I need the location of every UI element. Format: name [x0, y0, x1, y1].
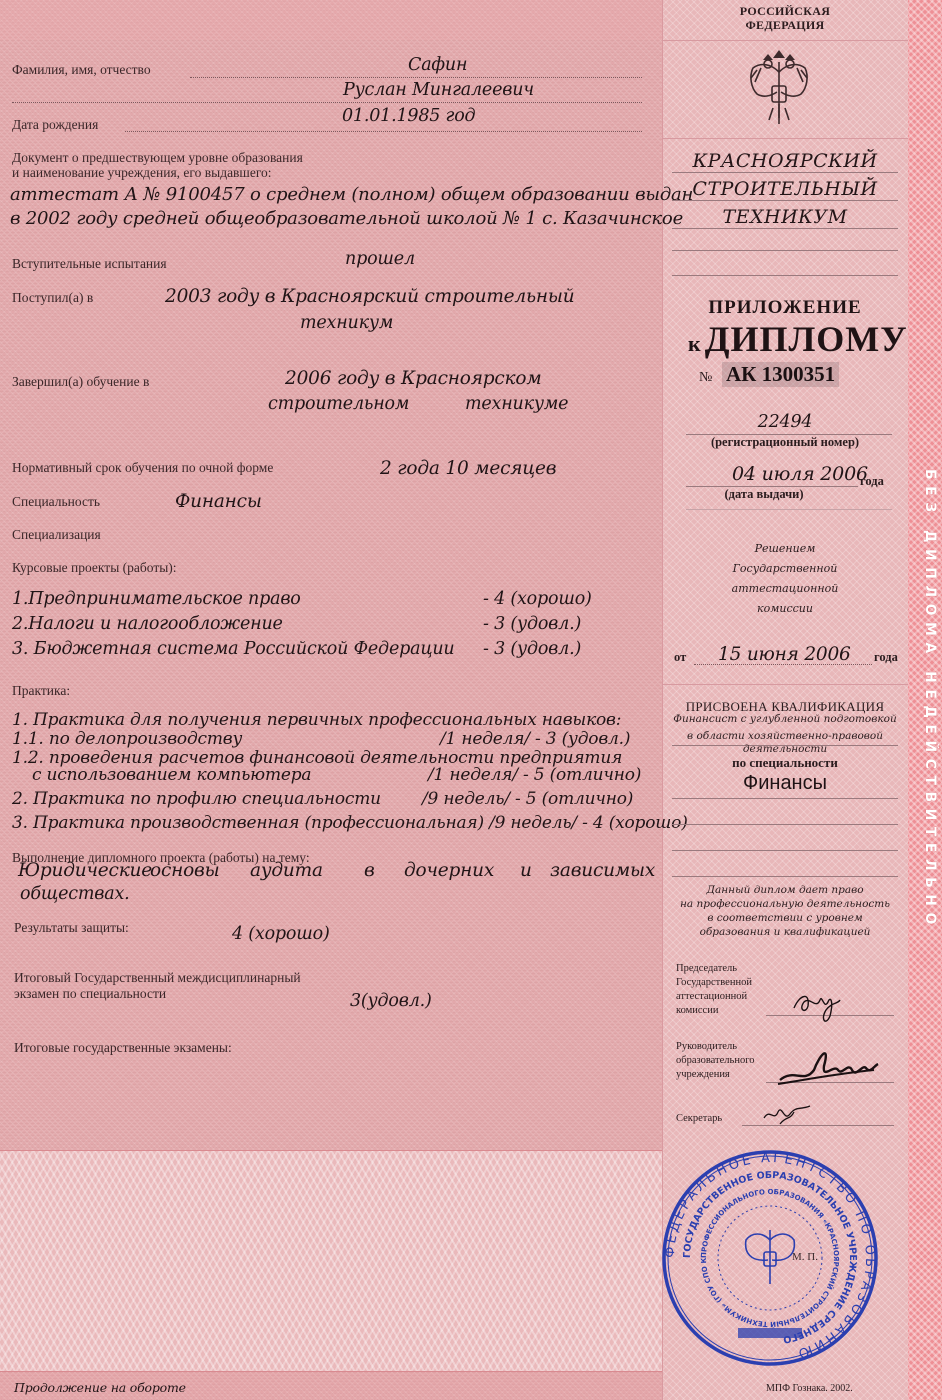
course-project-name: 3. Бюджетная система Российской Федераци…: [12, 639, 455, 659]
practice-grade: /1 неделя/ - 3 (удовл.): [440, 729, 630, 749]
blank-area: [0, 1151, 662, 1372]
practice-grade: /9 недель/ - 5 (отлично): [422, 789, 633, 809]
fio-line-1: [190, 77, 642, 78]
appendix-k: к: [688, 331, 701, 356]
chairman-label-1: Председатель: [676, 962, 752, 976]
decision-line-1: Решением: [662, 542, 908, 555]
head-label: Руководитель образовательного учреждения: [676, 1040, 755, 1082]
header-divider: [662, 40, 908, 41]
rights-line-1: Данный диплом дает право: [662, 884, 908, 896]
prev-edu-value-1: аттестат А № 9100457 о среднем (полном) …: [10, 184, 693, 205]
name-value: Руслан Мингалеевич: [343, 80, 534, 100]
thesis-word: и: [520, 860, 532, 881]
completed-value-2a: строительном: [268, 394, 409, 414]
practice-line: с использованием компьютера: [32, 765, 311, 785]
from-word: от: [674, 650, 686, 665]
institution-rule-3: [672, 228, 898, 229]
qualification-line-2: в области хозяйственно-правовой: [662, 730, 908, 742]
thesis-word: в: [364, 860, 375, 881]
birth-date-value: 01.01.1985 год: [342, 106, 475, 126]
birth-line: [125, 131, 642, 132]
head-label-2: образовательного: [676, 1054, 755, 1068]
birth-label: Дата рождения: [12, 117, 98, 133]
fio-label: Фамилия, имя, отчество: [12, 62, 151, 78]
defense-label: Результаты защиты:: [14, 920, 129, 936]
interdisciplinary-label-1: Итоговый Государственный междисциплинарн…: [14, 970, 301, 986]
enrolled-value-2: техникум: [300, 313, 393, 333]
thesis-title-line-2: обществах.: [20, 884, 130, 904]
specialty-value: Финансы: [175, 491, 262, 512]
practice-line: 1. Практика для получения первичных проф…: [12, 710, 621, 730]
course-project-grade: - 3 (удовл.): [483, 614, 581, 634]
top-band: [0, 0, 662, 40]
chairman-label-2: Государственной: [676, 976, 752, 990]
specialization-label: Специализация: [12, 527, 101, 543]
interdisciplinary-label-2: экзамен по специальности: [14, 986, 166, 1002]
decision-date-value: 15 июня 2006: [718, 644, 851, 665]
secretary-signature: [760, 1100, 816, 1130]
stamp-mp-label: М. П.: [792, 1251, 818, 1263]
reg-number-caption: (регистрационный номер): [662, 435, 908, 450]
specialty-value-right: Финансы: [662, 772, 908, 795]
term-value: 2 года 10 месяцев: [380, 458, 556, 479]
rights-line-3: в соответствии с уровнем: [662, 912, 908, 924]
institution-rule-4: [672, 250, 898, 251]
qualification-line-1: Финансист с углубленной подготовкой: [662, 713, 908, 725]
chairman-label: Председатель Государственной аттестацион…: [676, 962, 752, 1018]
issue-date-caption: (дата выдачи): [662, 487, 866, 502]
completed-value-1: 2006 году в Красноярском: [285, 368, 542, 389]
thesis-word: аудита: [250, 860, 323, 881]
practice-line: 3. Практика производственная (профессион…: [12, 813, 688, 833]
head-label-3: учреждения: [676, 1068, 755, 1082]
entrance-label: Вступительные испытания: [12, 256, 167, 272]
prev-edu-value-2: в 2002 году средней общеобразовательной …: [10, 208, 683, 229]
head-signature: [774, 1040, 884, 1092]
appendix-to-diploma: к ДИПЛОМУ: [688, 318, 908, 360]
institution-line-3: ТЕХНИКУМ: [662, 206, 908, 228]
chairman-label-4: комиссии: [676, 1004, 752, 1018]
practice-grade: /1 неделя/ - 5 (отлично): [428, 765, 641, 785]
qualification-line-3: деятельности: [662, 743, 908, 755]
thesis-word: дочерних: [404, 860, 494, 881]
thesis-word: зависимых: [550, 860, 655, 881]
practice-label: Практика:: [12, 683, 70, 699]
entrance-value: прошел: [345, 249, 415, 269]
course-project-grade: - 4 (хорошо): [483, 589, 592, 609]
term-label: Нормативный срок обучения по очной форме: [12, 460, 273, 476]
enrolled-label: Поступил(а) в: [12, 290, 93, 306]
enrolled-value-1: 2003 году в Красноярский строительный: [165, 286, 574, 307]
decision-line-2: Государственной: [662, 562, 908, 575]
issue-date-value: 04 июля 2006: [732, 463, 868, 485]
secretary-label: Секретарь: [676, 1113, 722, 1124]
completed-value-2b: техникуме: [465, 394, 568, 414]
course-projects-label: Курсовые проекты (работы):: [12, 560, 177, 576]
institution-rule-1: [672, 172, 898, 173]
country-line-2: ФЕДЕРАЦИЯ: [662, 18, 908, 33]
qualification-divider: [662, 684, 908, 685]
appendix-title: ПРИЛОЖЕНИЕ: [662, 297, 908, 319]
stamp-eagle-icon: [746, 1230, 795, 1284]
institution-rule-5: [672, 275, 898, 276]
appendix-diploma-word: ДИПЛОМУ: [705, 319, 908, 359]
chairman-label-3: аттестационной: [676, 990, 752, 1004]
number-sign: №: [699, 370, 712, 386]
thesis-word: основы: [150, 860, 219, 881]
defense-value: 4 (хорошо): [232, 924, 330, 944]
reg-number-value: 22494: [662, 412, 908, 432]
side-strip-text: БЕЗ ДИПЛОМА НЕДЕЙСТВИТЕЛЬНО: [912, 465, 938, 935]
continued-note: Продолжение на обороте: [14, 1380, 186, 1395]
head-label-1: Руководитель: [676, 1040, 755, 1054]
prev-edu-label-1: Документ о предшествующем уровне образов…: [12, 150, 303, 166]
practice-line: 2. Практика по профилю специальности: [12, 789, 381, 809]
interdisciplinary-value: 3(удовл.): [350, 991, 432, 1011]
printer-mark: МПФ Гознака. 2002.: [766, 1383, 853, 1394]
issue-date-rule: [686, 509, 892, 510]
prev-edu-label-2: и наименование учреждения, его выдавшего…: [12, 165, 272, 181]
specialty-rule-1: [672, 798, 898, 799]
specialty-label: Специальность: [12, 494, 100, 510]
specialty-rule-2: [672, 824, 898, 825]
fio-line-2: [12, 102, 642, 103]
decision-line-3: аттестационной: [662, 582, 908, 595]
decision-year-word: года: [874, 650, 898, 665]
final-exams-label: Итоговые государственные экзамены:: [14, 1040, 232, 1056]
stamp-bar: [738, 1328, 802, 1338]
chairman-signature: [790, 980, 850, 1030]
specialty-rule-4: [672, 876, 898, 877]
course-project-name: 2.Налоги и налогообложение: [12, 614, 283, 634]
surname-value: Сафин: [408, 55, 467, 75]
institution-rule-2: [672, 200, 898, 201]
by-specialty-label: по специальности: [662, 755, 908, 771]
official-seal-stamp: ФЕДЕРАЛЬНОЕ АГЕНТСТВО ПО ОБРАЗОВАНИЮ ГОС…: [660, 1148, 880, 1368]
practice-line: 1.1. по делопроизводству: [12, 729, 242, 749]
thesis-word: Юридические: [18, 860, 152, 881]
institution-line-2: СТРОИТЕЛЬНЫЙ: [662, 178, 908, 200]
completed-label: Завершил(а) обучение в: [12, 374, 149, 390]
double-headed-eagle-icon: [743, 48, 815, 128]
institution-line-1: КРАСНОЯРСКИЙ: [662, 150, 908, 172]
specialty-rule-3: [672, 850, 898, 851]
diploma-number: АК 1300351: [722, 362, 839, 387]
course-project-name: 1.Предпринимательское право: [12, 589, 301, 609]
country-line-1: РОССИЙСКАЯ: [662, 4, 908, 19]
course-project-grade: - 3 (удовл.): [483, 639, 581, 659]
emblem-divider: [662, 138, 908, 139]
decision-line-4: комиссии: [662, 602, 908, 615]
rights-line-4: образования и квалификацией: [662, 926, 908, 938]
rights-line-2: на профессиональную деятельность: [662, 898, 908, 910]
